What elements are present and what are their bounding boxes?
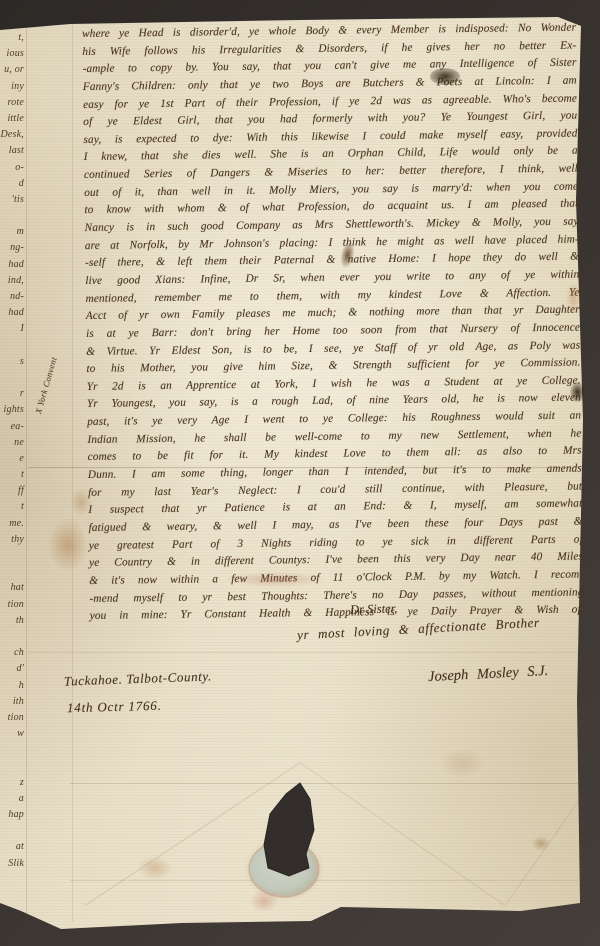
seal-tear-hole [0, 0, 600, 946]
photograph-of-letter: t,iousu, orinyroteittleDesk,lasto-d'tism… [0, 0, 600, 946]
